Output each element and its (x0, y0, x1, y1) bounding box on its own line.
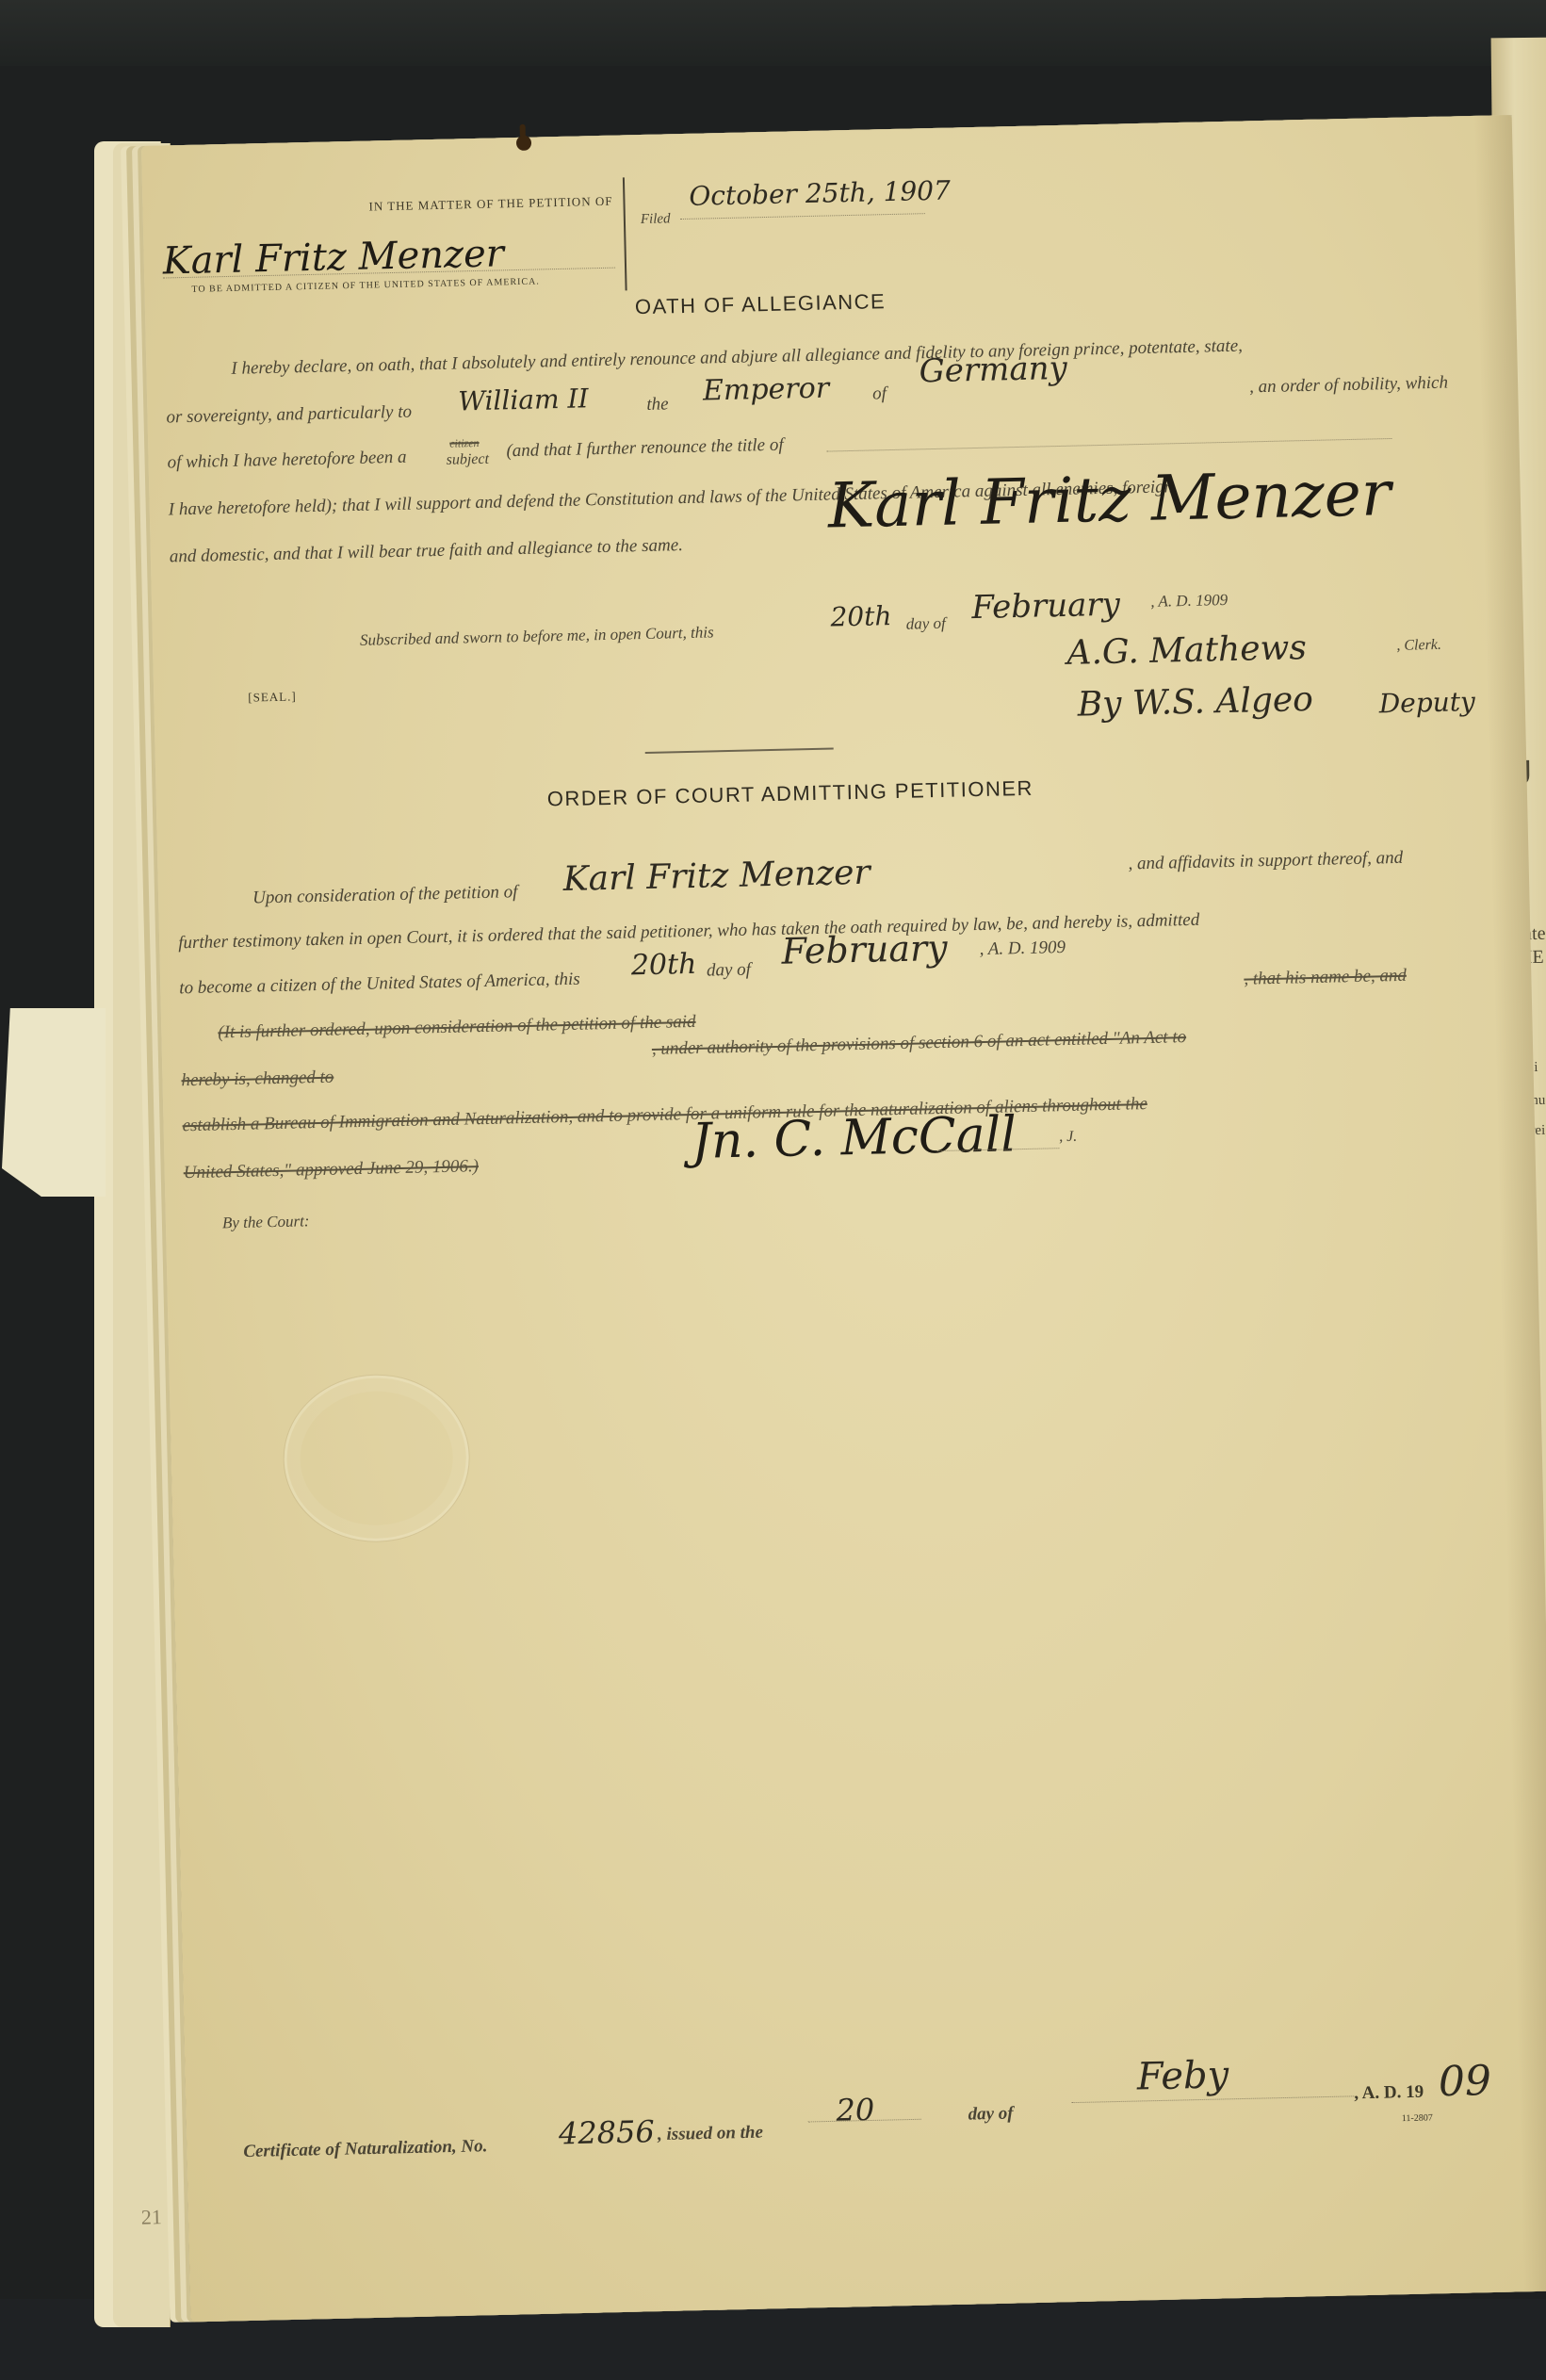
folded-paper-tab (2, 1008, 106, 1197)
section-divider (645, 747, 834, 754)
oath-title: OATH OF ALLEGIANCE (635, 289, 887, 319)
certificate-number-handwritten: 42856 (559, 2113, 656, 2151)
oath-line-5: and domestic, and that I will bear true … (170, 535, 683, 567)
judge-suffix: , J. (1059, 1129, 1078, 1146)
ink-blot (516, 136, 531, 151)
order-title: ORDER OF COURT ADMITTING PETITIONER (547, 776, 1034, 812)
filed-dotted-line (680, 213, 925, 220)
order-line-3-suffix: , A. D. 1909 (979, 937, 1066, 960)
naturalization-record-page: IN THE MATTER OF THE PETITION OF Karl Fr… (141, 115, 1546, 2322)
title-dotted-line (827, 438, 1392, 452)
citizen-struck: citizen (449, 436, 480, 451)
certificate-month-handwritten: Feby (1136, 2053, 1229, 2098)
title-handwritten: Emperor (703, 372, 830, 408)
deputy-signature: By W.S. Algeo (1077, 680, 1313, 725)
deputy-label: Deputy (1378, 686, 1475, 719)
oath-of-label: of (872, 383, 887, 404)
order-petitioner-handwritten: Karl Fritz Menzer (562, 854, 871, 899)
sworn-day-of-label: day of (906, 614, 946, 634)
sworn-year-label: , A. D. 1909 (1150, 591, 1228, 611)
sovereign-handwritten: William II (458, 383, 589, 416)
oath-title-renounce: (and that I further renounce the title o… (506, 435, 784, 463)
certificate-year-handwritten: 09 (1438, 2057, 1491, 2106)
clerk-label: , Clerk. (1396, 637, 1441, 655)
oath-the-label: the (646, 394, 669, 416)
certificate-year-label: , A. D. 19 (1354, 2082, 1424, 2105)
table-background-top (0, 0, 1546, 66)
petitioner-oath-signature: Karl Fritz Menzer (827, 457, 1391, 543)
by-the-court-label: By the Court: (222, 1212, 310, 1232)
filed-label: Filed (641, 211, 671, 228)
filed-date-handwritten: October 25th, 1907 (689, 175, 951, 212)
oath-line-2: or sovereignty, and particularly to (166, 402, 412, 429)
header-brace (623, 177, 627, 290)
subject-word: subject (446, 451, 489, 469)
admit-day-handwritten: 20th (630, 948, 696, 983)
oath-nobility-label: , an order of nobility, which (1249, 373, 1448, 399)
seal-label: [SEAL.] (248, 689, 297, 705)
order-line-1-prefix: Upon consideration of the petition of (252, 882, 518, 908)
struck-line-1b: , that his name be, and (1244, 966, 1407, 990)
order-line-1-suffix: , and affidavits in support thereof, and (1128, 848, 1403, 875)
order-line-3-prefix: to become a citizen of the United States… (179, 970, 580, 1000)
certificate-label: Certificate of Naturalization, No. (243, 2136, 488, 2162)
struck-line-1: (It is further ordered, upon considerati… (218, 1012, 696, 1044)
embossed-seal-icon (283, 1373, 471, 1542)
sworn-day-handwritten: 20th (830, 600, 892, 632)
country-handwritten: Germany (919, 350, 1067, 391)
certificate-day-handwritten: 20 (836, 2092, 875, 2128)
sworn-label: Subscribed and sworn to before me, in op… (360, 623, 714, 650)
margin-note: 21 (141, 2205, 163, 2229)
struck-line-4: United States," approved June 29, 1906.) (183, 1156, 479, 1183)
judge-signature: Jn. C. McCall (691, 1106, 1017, 1170)
form-number: 11-2807 (1402, 2112, 1433, 2124)
oath-line-3: of which I have heretofore been a (167, 448, 406, 474)
admit-month-handwritten: February (781, 927, 948, 972)
struck-line-2b: , under authority of the provisions of s… (652, 1027, 1187, 1060)
petition-label: IN THE MATTER OF THE PETITION OF (368, 194, 612, 215)
clerk-signature: A.G. Mathews (1066, 628, 1307, 673)
order-line-3-mid: day of (707, 960, 751, 982)
struck-line-2: hereby is, changed to (181, 1068, 334, 1092)
issued-label: , issued on the (658, 2123, 763, 2146)
certificate-day-of-label: day of (968, 2104, 1014, 2126)
sworn-month-handwritten: February (971, 586, 1120, 628)
